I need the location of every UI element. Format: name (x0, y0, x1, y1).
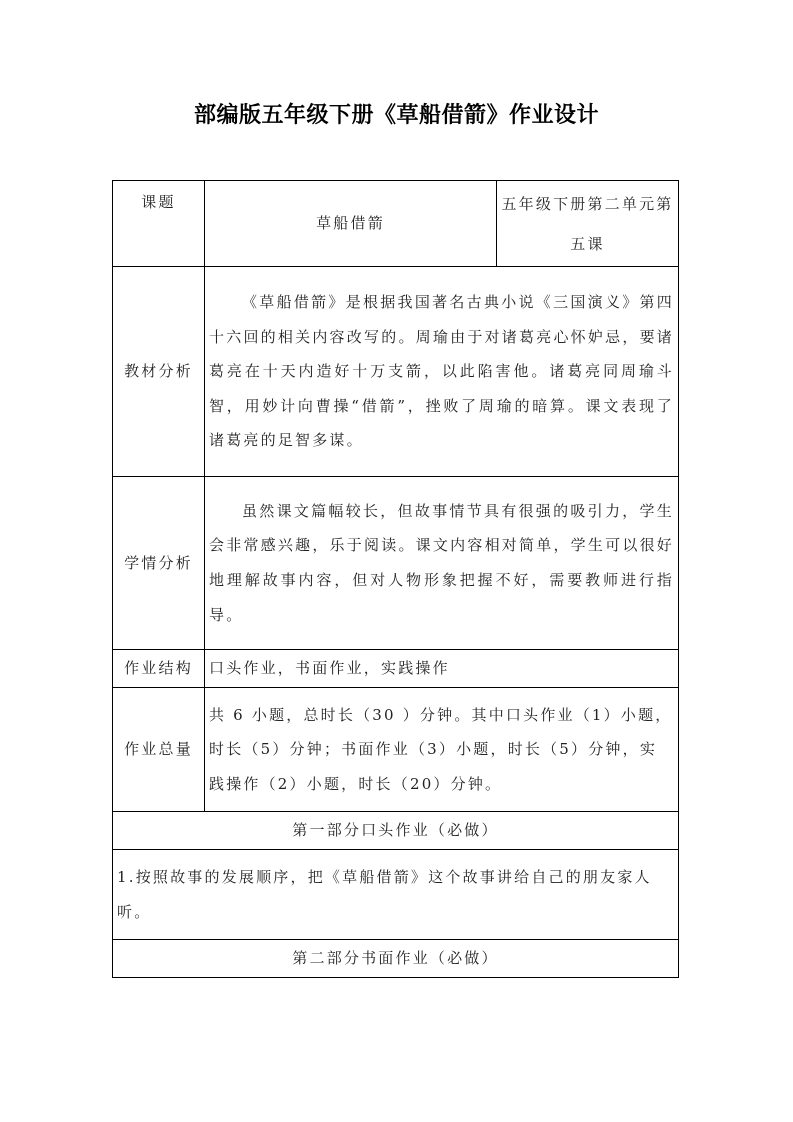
part1-heading: 第一部分口头作业（必做） (113, 812, 679, 850)
row-part1-item: 1.按照故事的发展顺序，把《草船借箭》这个故事讲给自己的朋友家人听。 (113, 850, 679, 940)
homework-total-label: 作业总量 (113, 688, 205, 812)
topic-unit: 五年级下册第二单元第五课 (497, 181, 679, 267)
row-homework-total: 作业总量 共 6 小题，总时长（30 ）分钟。其中口头作业（1）小题，时长（5）… (113, 688, 679, 812)
row-student-analysis: 学情分析 虽然课文篇幅较长，但故事情节具有很强的吸引力，学生会非常感兴趣，乐于阅… (113, 477, 679, 650)
part2-heading: 第二部分书面作业（必做） (113, 940, 679, 978)
row-textbook-analysis: 教材分析 《草船借箭》是根据我国著名古典小说《三国演义》第四十六回的相关内容改写… (113, 267, 679, 477)
homework-structure-text: 口头作业，书面作业，实践操作 (205, 650, 679, 688)
textbook-analysis-text: 《草船借箭》是根据我国著名古典小说《三国演义》第四十六回的相关内容改写的。周瑜由… (205, 267, 679, 477)
row-topic: 课题 草船借箭 五年级下册第二单元第五课 (113, 181, 679, 267)
topic-value: 草船借箭 (205, 181, 497, 267)
homework-total-text: 共 6 小题，总时长（30 ）分钟。其中口头作业（1）小题，时长（5）分钟；书面… (205, 688, 679, 812)
student-analysis-label: 学情分析 (113, 477, 205, 650)
student-analysis-text: 虽然课文篇幅较长，但故事情节具有很强的吸引力，学生会非常感兴趣，乐于阅读。课文内… (205, 477, 679, 650)
homework-structure-label: 作业结构 (113, 650, 205, 688)
homework-design-table: 课题 草船借箭 五年级下册第二单元第五课 教材分析 《草船借箭》是根据我国著名古… (112, 180, 679, 978)
row-part1-heading: 第一部分口头作业（必做） (113, 812, 679, 850)
topic-label: 课题 (113, 181, 205, 267)
row-part2-heading: 第二部分书面作业（必做） (113, 940, 679, 978)
part1-item-1: 1.按照故事的发展顺序，把《草船借箭》这个故事讲给自己的朋友家人听。 (113, 850, 679, 940)
row-homework-structure: 作业结构 口头作业，书面作业，实践操作 (113, 650, 679, 688)
document-title: 部编版五年级下册《草船借箭》作业设计 (0, 98, 793, 129)
textbook-analysis-label: 教材分析 (113, 267, 205, 477)
